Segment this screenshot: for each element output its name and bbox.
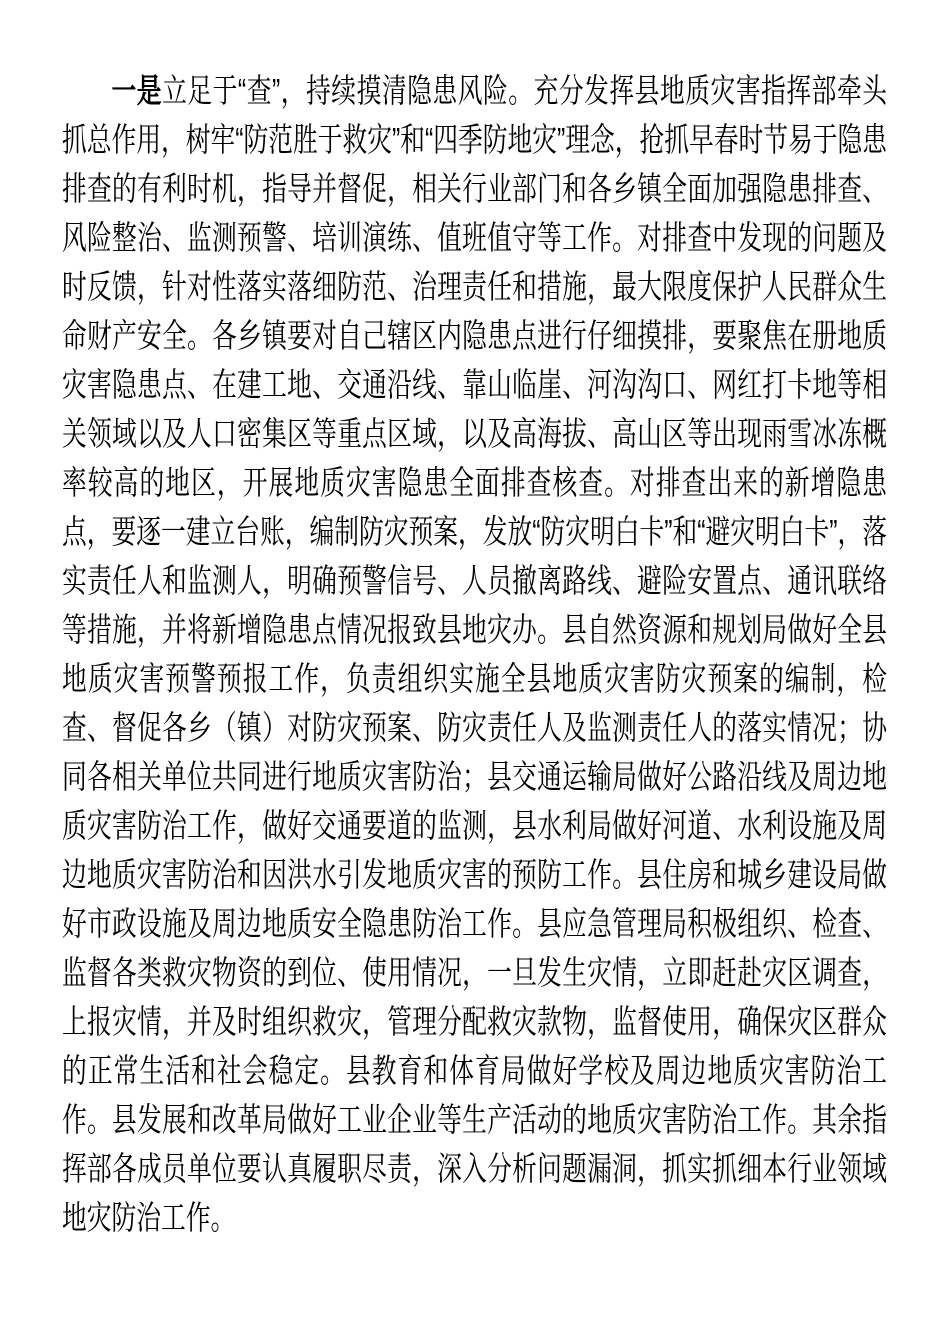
paragraph: 一是立足于“查”，持续摸清隐患风险。充分发挥县地质灾害指挥部牵头抓总作用，树牢“… bbox=[62, 66, 887, 1242]
document-page: 一是立足于“查”，持续摸清隐患风险。充分发挥县地质灾害指挥部牵头抓总作用，树牢“… bbox=[0, 0, 950, 1344]
paragraph-body-text: 立足于“查”，持续摸清隐患风险。充分发挥县地质灾害指挥部牵头抓总作用，树牢“防范… bbox=[62, 72, 887, 1236]
paragraph-lead-bold: 一是 bbox=[112, 72, 163, 109]
